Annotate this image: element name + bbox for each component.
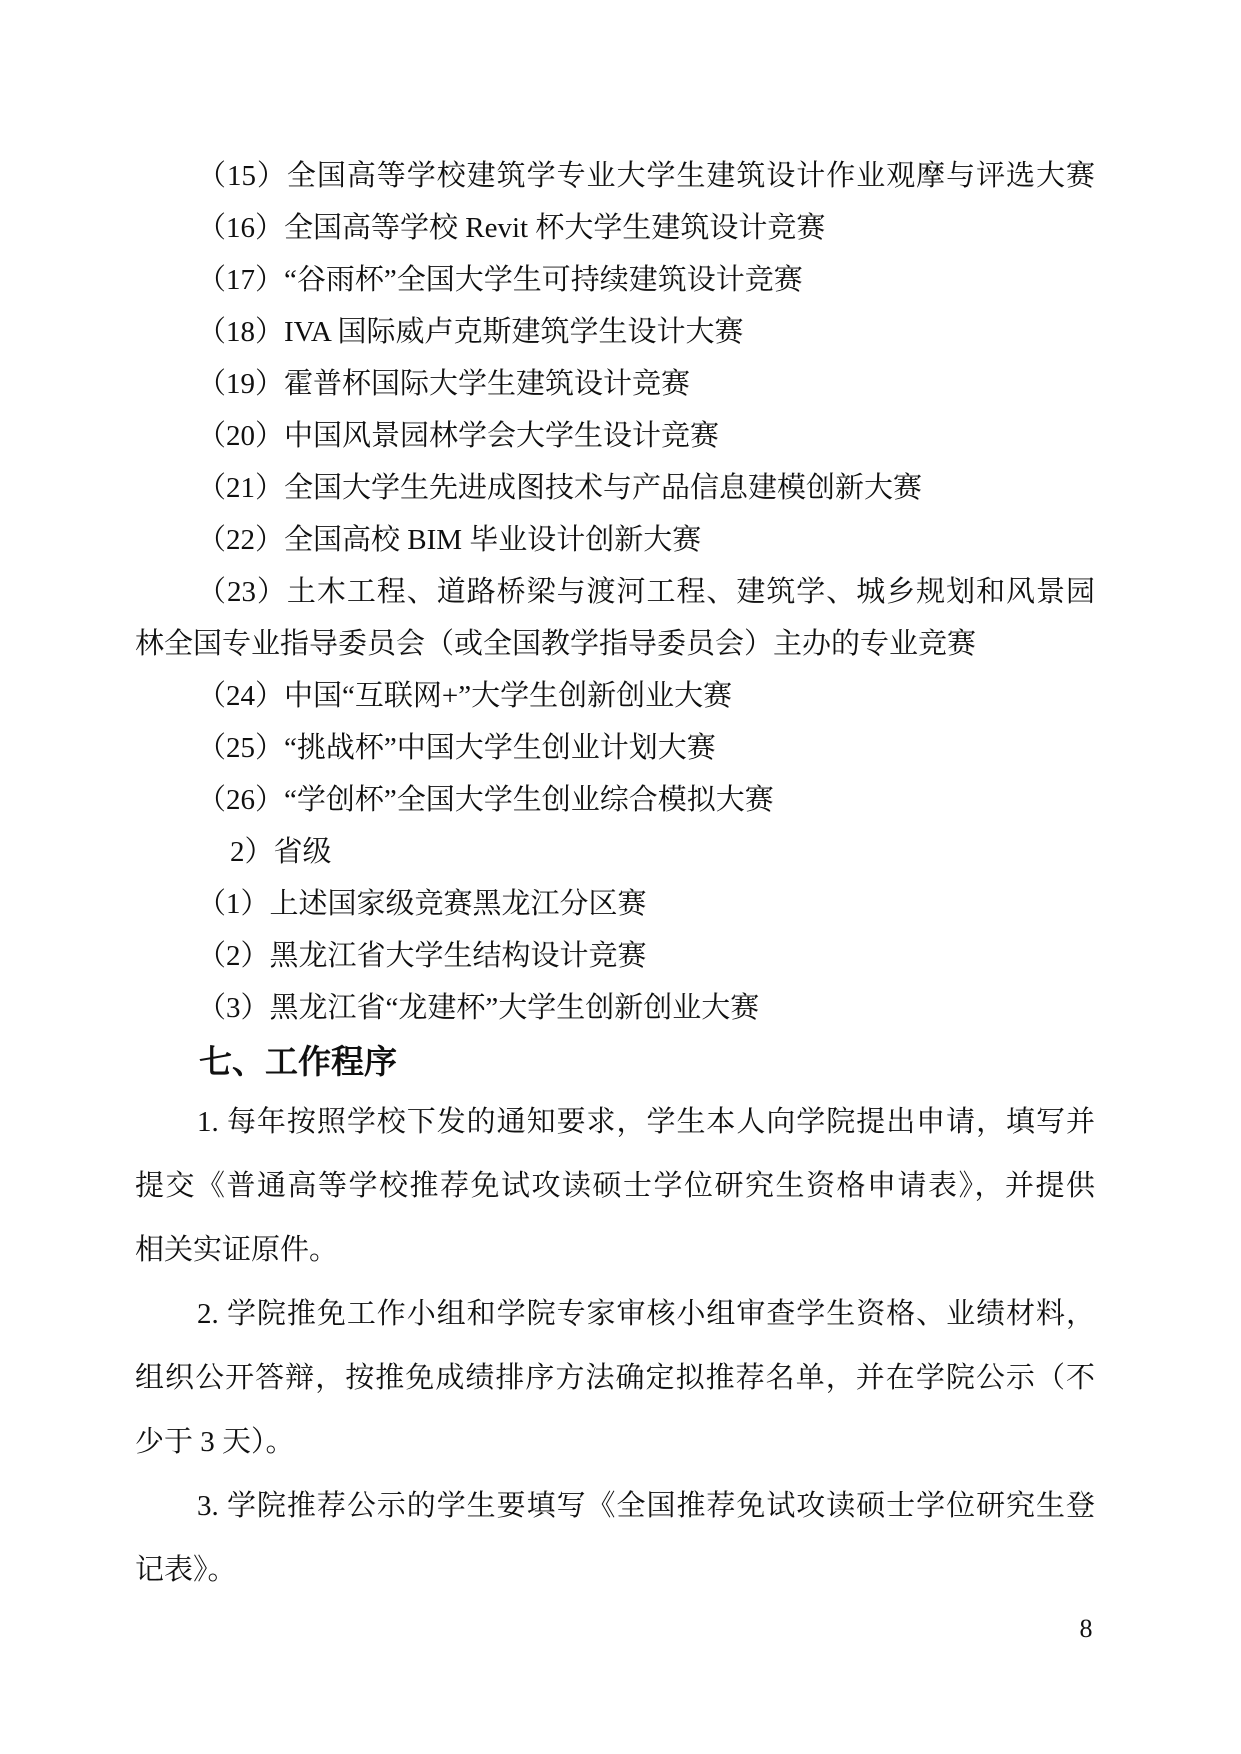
- list-item: （21）全国大学生先进成图技术与产品信息建模创新大赛: [135, 462, 1095, 514]
- list-item: （22）全国高校 BIM 毕业设计创新大赛: [135, 514, 1095, 566]
- section-heading: 七、工作程序: [135, 1034, 1095, 1090]
- list-item: （17）“谷雨杯”全国大学生可持续建筑设计竞赛: [135, 254, 1095, 306]
- list-item: （3）黑龙江省“龙建杯”大学生创新创业大赛: [135, 982, 1095, 1034]
- paragraph-line: 相关实证原件。: [135, 1218, 1095, 1282]
- list-item: （15）全国高等学校建筑学专业大学生建筑设计作业观摩与评选大赛: [135, 150, 1095, 202]
- list-item: （2）黑龙江省大学生结构设计竞赛: [135, 930, 1095, 982]
- list-item: （25）“挑战杯”中国大学生创业计划大赛: [135, 722, 1095, 774]
- paragraph-line: 组织公开答辩，按推免成绩排序方法确定拟推荐名单，并在学院公示（不: [135, 1346, 1095, 1410]
- province-competition-list: （1）上述国家级竞赛黑龙江分区赛 （2）黑龙江省大学生结构设计竞赛 （3）黑龙江…: [135, 878, 1095, 1034]
- procedure-paragraph-2: 2. 学院推免工作小组和学院专家审核小组审查学生资格、业绩材料， 组织公开答辩，…: [135, 1282, 1095, 1474]
- list-item: （24）中国“互联网+”大学生创新创业大赛: [135, 670, 1095, 722]
- list-item: （1）上述国家级竞赛黑龙江分区赛: [135, 878, 1095, 930]
- list-item: （26）“学创杯”全国大学生创业综合模拟大赛: [135, 774, 1095, 826]
- paragraph-line: 少于 3 天）。: [135, 1410, 1095, 1474]
- procedure-paragraph-1: 1. 每年按照学校下发的通知要求，学生本人向学院提出申请，填写并 提交《普通高等…: [135, 1090, 1095, 1282]
- paragraph-line: 1. 每年按照学校下发的通知要求，学生本人向学院提出申请，填写并: [135, 1090, 1095, 1154]
- list-item: （19）霍普杯国际大学生建筑设计竞赛: [135, 358, 1095, 410]
- paragraph-line: 3. 学院推荐公示的学生要填写《全国推荐免试攻读硕士学位研究生登: [135, 1474, 1095, 1538]
- document-page: （15）全国高等学校建筑学专业大学生建筑设计作业观摩与评选大赛 （16）全国高等…: [0, 0, 1241, 1754]
- paragraph-line: 2. 学院推免工作小组和学院专家审核小组审查学生资格、业绩材料，: [135, 1282, 1095, 1346]
- paragraph-line: 提交《普通高等学校推荐免试攻读硕士学位研究生资格申请表》，并提供: [135, 1154, 1095, 1218]
- national-competition-list: （15）全国高等学校建筑学专业大学生建筑设计作业观摩与评选大赛 （16）全国高等…: [135, 150, 1095, 826]
- list-item: （18）IVA 国际威卢克斯建筑学生设计大赛: [135, 306, 1095, 358]
- list-item: （23）土木工程、道路桥梁与渡河工程、建筑学、城乡规划和风景园: [135, 566, 1095, 618]
- list-item-continuation: 林全国专业指导委员会（或全国教学指导委员会）主办的专业竞赛: [135, 618, 1095, 670]
- page-content: （15）全国高等学校建筑学专业大学生建筑设计作业观摩与评选大赛 （16）全国高等…: [135, 150, 1095, 1602]
- procedure-paragraph-3: 3. 学院推荐公示的学生要填写《全国推荐免试攻读硕士学位研究生登 记表》。: [135, 1474, 1095, 1602]
- province-level-label: 2）省级: [135, 826, 1095, 878]
- paragraph-line: 记表》。: [135, 1538, 1095, 1602]
- list-item: （20）中国风景园林学会大学生设计竞赛: [135, 410, 1095, 462]
- list-item: （16）全国高等学校 Revit 杯大学生建筑设计竞赛: [135, 202, 1095, 254]
- page-number: 8: [1066, 1612, 1106, 1646]
